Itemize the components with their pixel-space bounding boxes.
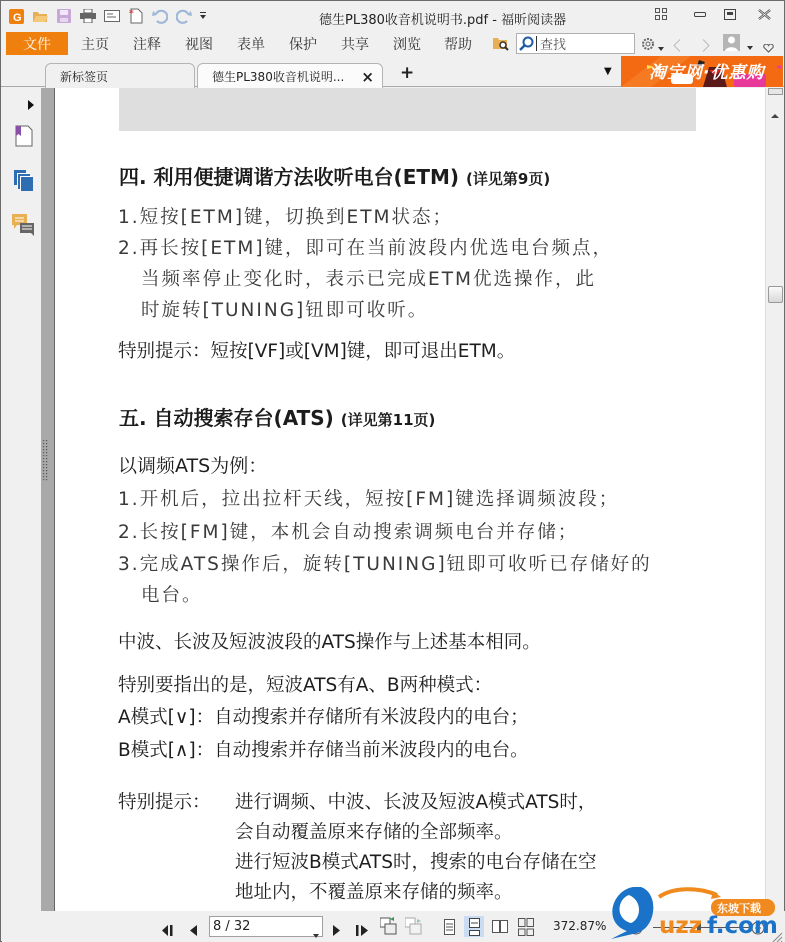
print-icon[interactable] (79, 7, 97, 25)
section-5-tip-line-2: 会自动覆盖原来存储的全部频率。 (235, 818, 513, 844)
section-5-heading: 五. 自动搜索存台(ATS) (详见第11页) (119, 402, 435, 431)
page-header-band (119, 88, 696, 131)
zoom-out-icon[interactable] (629, 920, 643, 939)
section-5-tip-line-4: 地址内，不覆盖原来存储的频率。 (235, 878, 513, 904)
section-5-para-1: 中波、长波及短波波段的ATS操作与上述基本相同。 (118, 628, 541, 654)
section-5-line-3: 3.完成ATS操作后，旋转[TUNING]钮即可收听已存储好的 (118, 550, 652, 576)
section-5-mode-a: A模式[∨]：自动搜索并存储所有米波段内的电台； (118, 703, 529, 729)
heart-icon[interactable] (763, 38, 774, 57)
email-icon[interactable] (103, 7, 121, 25)
avatar-icon (723, 34, 740, 55)
last-page-icon[interactable] (356, 921, 368, 940)
back-icon[interactable] (673, 37, 681, 56)
advertisement-banner[interactable]: 淘宝网·优惠购 (621, 56, 783, 87)
menu-protect[interactable]: 保护 (289, 34, 317, 54)
chevron-down-icon (658, 36, 664, 55)
svg-text:*: * (129, 9, 134, 19)
chevron-down-icon (747, 35, 753, 54)
section-5-line-4: 电台。 (141, 581, 203, 607)
page-number-value: 8 / 32 (213, 919, 250, 934)
navigation-panel (2, 88, 41, 911)
app-logo-icon[interactable]: G (7, 7, 25, 25)
zoom-slider-thumb[interactable] (697, 922, 701, 933)
menu-browse[interactable]: 浏览 (393, 34, 421, 54)
window-title: 德生PL380收音机说明书.pdf - 福昕阅读器 (319, 9, 566, 28)
save-icon[interactable] (55, 7, 73, 25)
scroll-up-arrow[interactable] (771, 103, 779, 122)
section-4-heading: 四. 利用便捷调谐方法收听电台(ETM) (详见第9页) (119, 161, 550, 190)
ad-text: 淘宝网·优惠购 (649, 58, 764, 83)
section-4-tip: 特别提示：短按[VF]或[VM]键，即可退出ETM。 (118, 337, 515, 363)
continuous-facing-view-icon[interactable] (516, 916, 536, 937)
new-document-icon[interactable]: * (127, 7, 145, 25)
quick-access-toolbar: G * (7, 7, 213, 25)
file-menu-button[interactable]: 文件 (6, 32, 68, 55)
gear-icon (641, 36, 655, 55)
status-bar: 8 / 32 372.87% (2, 911, 785, 942)
undo-icon[interactable] (151, 7, 169, 25)
menu-help[interactable]: 帮助 (444, 34, 472, 54)
title-bar: G * 德生PL380收音机说明书.pdf - 福昕阅读器 (1, 1, 784, 31)
page-number-input[interactable]: 8 / 32 (209, 916, 323, 937)
first-page-icon[interactable] (162, 921, 174, 940)
facing-view-icon[interactable] (490, 916, 510, 937)
zoom-level[interactable]: 372.87% (553, 919, 606, 933)
close-window-icon[interactable] (753, 5, 775, 23)
pages-thumbnails-icon[interactable] (14, 170, 34, 196)
user-account-button[interactable] (723, 34, 753, 55)
fullscreen-icon[interactable] (650, 5, 672, 23)
ribbon-menu-bar: 文件 主页 注释 视图 表单 保护 共享 浏览 帮助 查找 (1, 31, 784, 57)
section-4-line-4: 时旋转[TUNING]钮即可收听。 (141, 296, 428, 322)
menu-home[interactable]: 主页 (81, 34, 109, 54)
resize-grip-icon[interactable] (772, 928, 783, 942)
close-tab-icon[interactable]: × (361, 68, 374, 86)
menu-form[interactable]: 表单 (237, 34, 265, 54)
section-5-para-2: 特别要指出的是，短波ATS有A、B两种模式： (118, 671, 492, 697)
zoom-in-icon[interactable] (751, 920, 765, 939)
menu-comment[interactable]: 注释 (133, 34, 161, 54)
vertical-scrollbar[interactable] (765, 88, 784, 911)
search-box[interactable]: 查找 (516, 33, 635, 54)
single-page-view-icon[interactable] (439, 916, 459, 937)
next-view-icon[interactable] (405, 917, 422, 939)
open-folder-icon[interactable] (31, 7, 49, 25)
tab-list-dropdown[interactable]: ▼ (604, 66, 612, 77)
expand-panel-icon[interactable] (28, 95, 34, 114)
section-4-line-1: 1.短按[ETM]键，切换到ETM状态； (118, 203, 453, 229)
tab-document[interactable]: 德生PL380收音机说明... × (197, 63, 383, 89)
minimize-icon[interactable] (689, 5, 711, 23)
continuous-view-icon[interactable] (464, 916, 484, 937)
section-5-subheading: 以调频ATS为例： (118, 451, 267, 478)
comments-icon[interactable] (12, 214, 36, 240)
zoom-slider[interactable] (653, 927, 749, 928)
redo-icon[interactable] (175, 7, 193, 25)
new-tab-button[interactable]: + (400, 63, 414, 83)
menu-share[interactable]: 共享 (341, 34, 369, 54)
section-4-line-3: 当频率停止变化时，表示已完成ETM优选操作，此 (141, 265, 596, 291)
tab-label: 德生PL380收音机说明... (212, 68, 344, 85)
menu-view[interactable]: 视图 (185, 34, 213, 54)
previous-page-icon[interactable] (190, 921, 197, 940)
restore-icon[interactable] (719, 5, 741, 23)
bookmarks-icon[interactable] (15, 125, 33, 151)
tab-label: 新标签页 (60, 68, 108, 85)
app-window: G * 德生PL380收音机说明书.pdf - 福昕阅读器 文件 主页 注释 视… (0, 0, 785, 942)
previous-view-icon[interactable] (380, 917, 397, 939)
section-5-tip-label: 特别提示： (118, 788, 211, 814)
section-5-tip-line-1: 进行调频、中波、长波及短波A模式ATS时， (235, 788, 596, 814)
section-5-tip-line-3: 进行短波B模式ATS时，搜索的电台存储在空 (235, 848, 596, 874)
tab-new-tab[interactable]: 新标签页 (45, 63, 195, 88)
panel-splitter[interactable] (41, 88, 55, 911)
search-placeholder: 查找 (540, 34, 566, 53)
svg-text:G: G (13, 12, 22, 24)
settings-dropdown[interactable] (641, 36, 664, 55)
folder-search-icon[interactable] (493, 36, 509, 55)
chevron-down-icon[interactable] (313, 925, 319, 942)
next-page-icon[interactable] (333, 921, 340, 940)
section-4-line-2: 2.再长按[ETM]键，即可在当前波段内优选电台频点， (118, 234, 613, 260)
scrollbar-top-cap (768, 88, 783, 95)
section-5-line-2: 2.长按[FM]键，本机会自动搜索调频电台并存储； (118, 518, 578, 544)
section-5-mode-b: B模式[∧]：自动搜索并存储当前米波段内的电台。 (118, 736, 529, 762)
scrollbar-thumb[interactable] (768, 286, 783, 303)
search-icon (519, 36, 534, 51)
section-5-line-1: 1.开机后，拉出拉杆天线，短按[FM]键选择调频波段； (118, 485, 619, 511)
document-page[interactable]: 四. 利用便捷调谐方法收听电台(ETM) (详见第9页) 1.短按[ETM]键，… (55, 88, 765, 911)
customize-toolbar-icon[interactable] (199, 7, 207, 25)
forward-icon[interactable] (702, 37, 710, 56)
